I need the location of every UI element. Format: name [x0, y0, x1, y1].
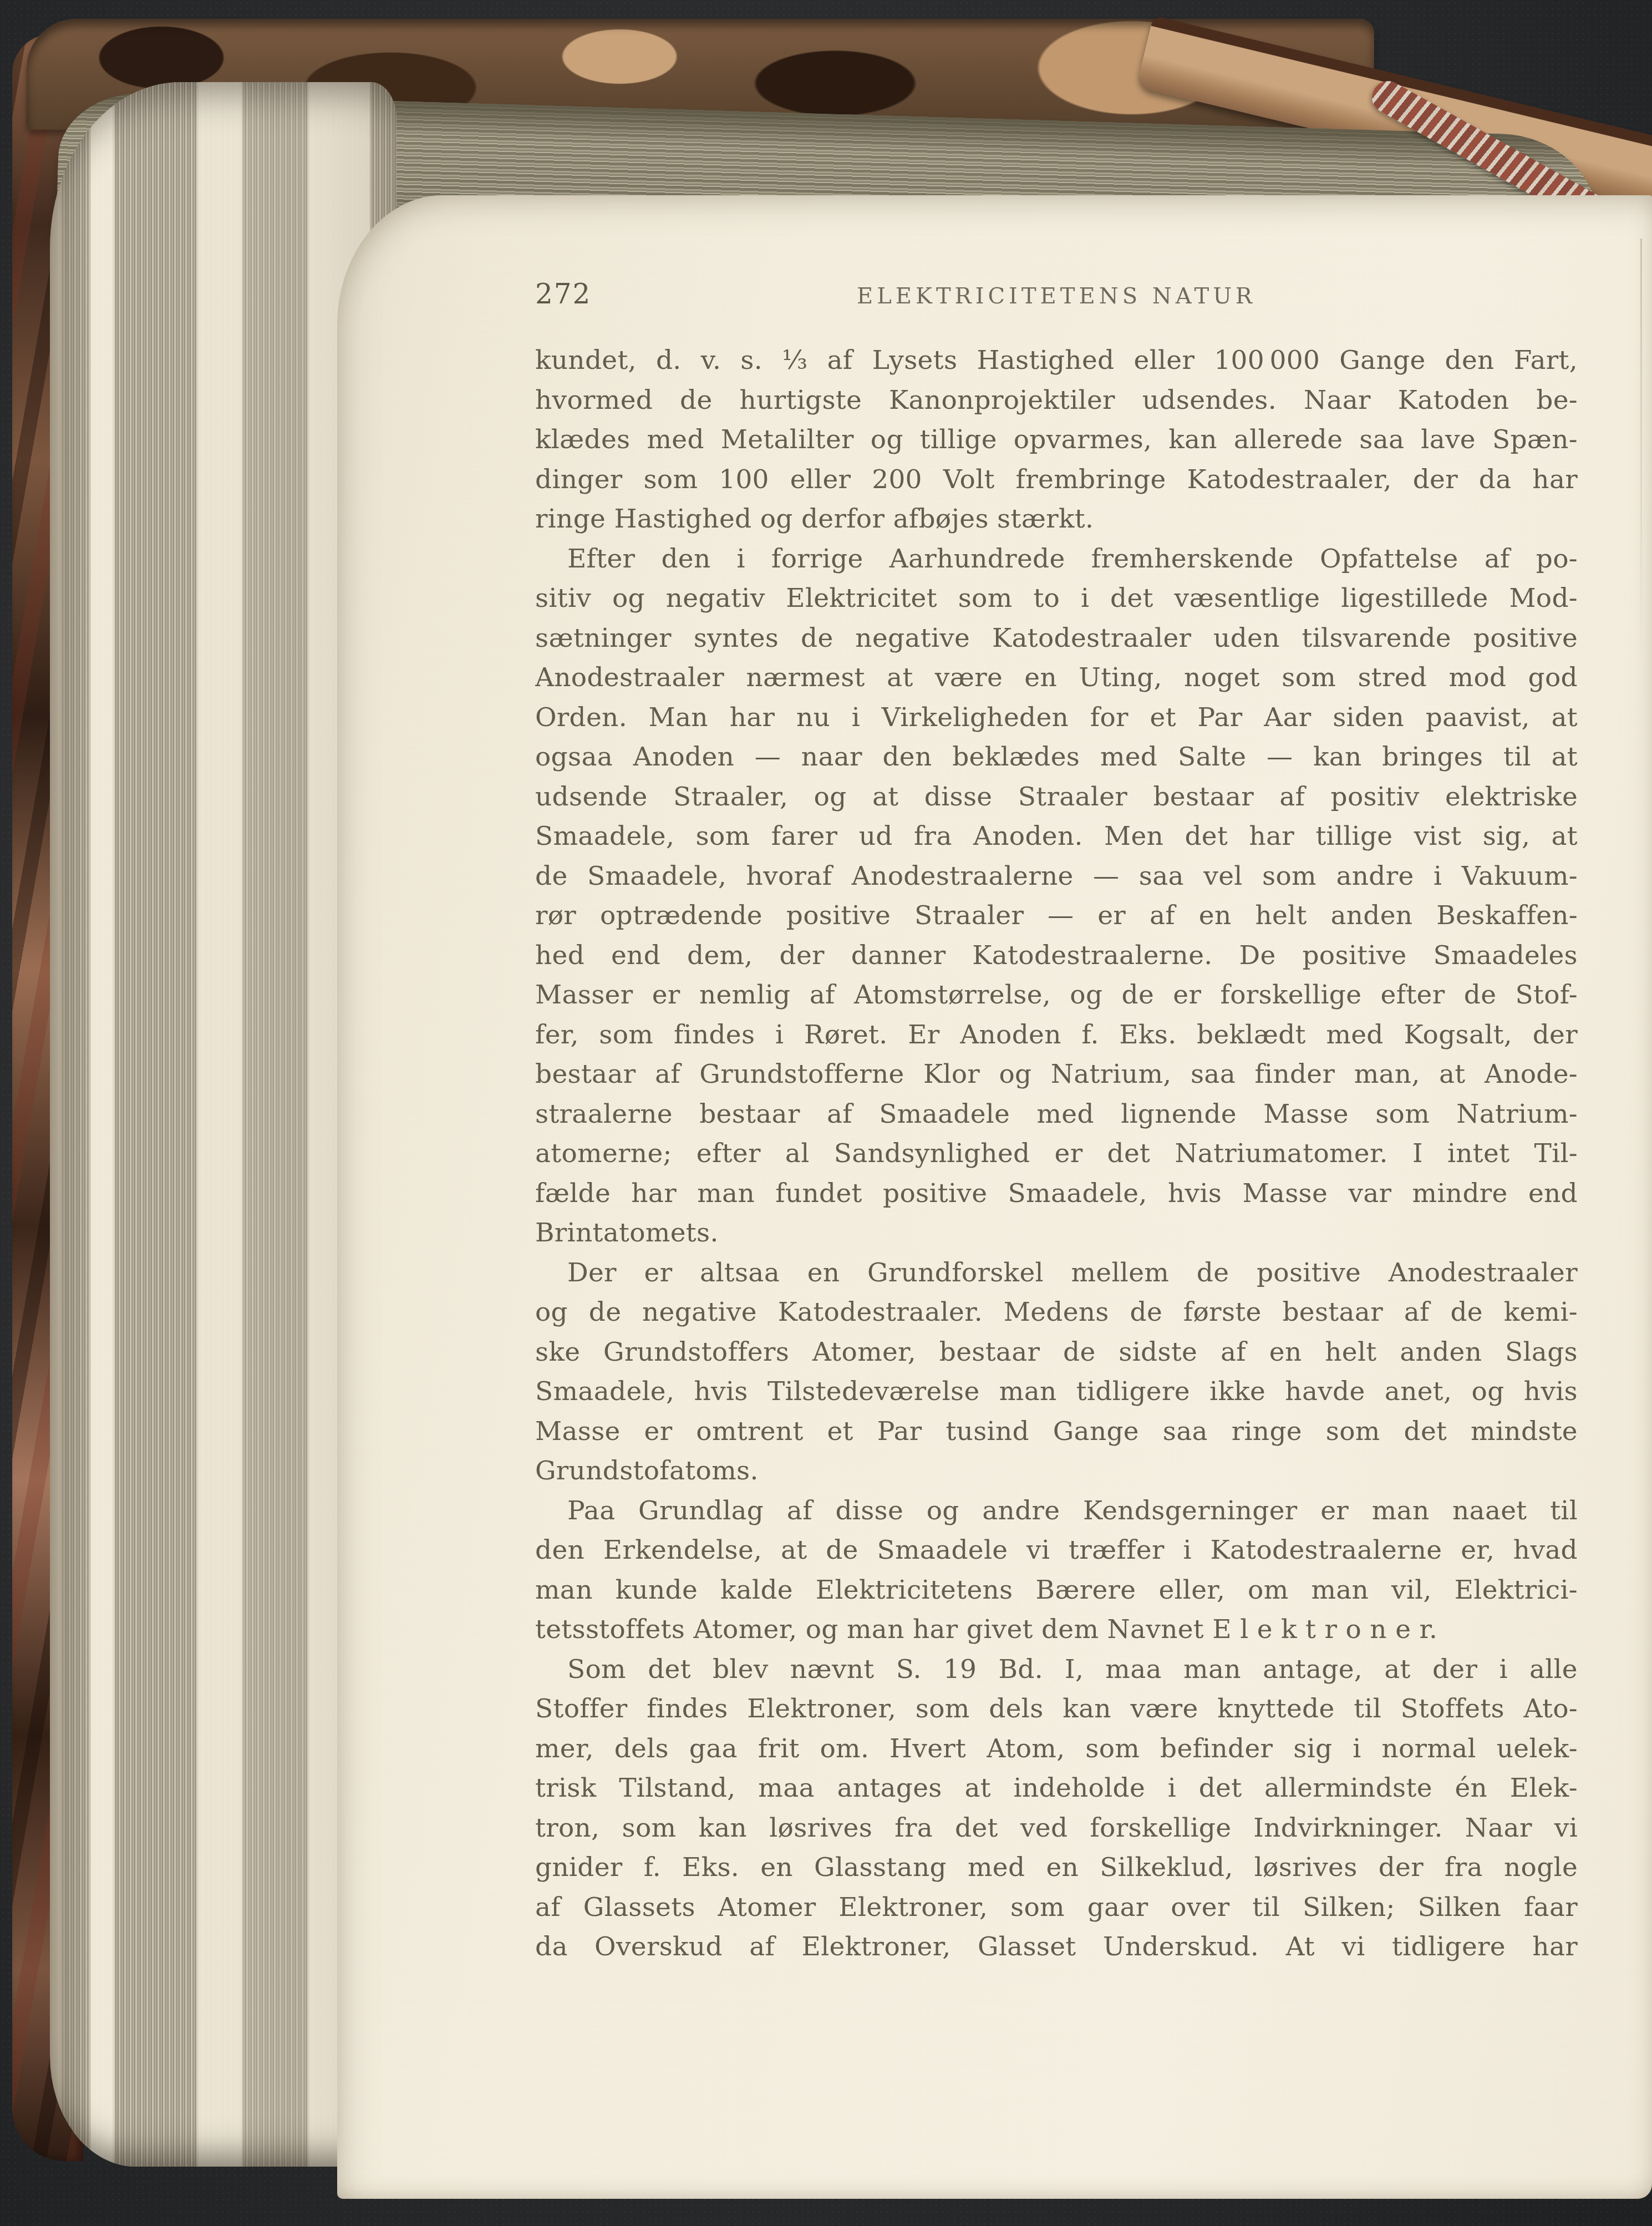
book-photo: 272 ELEKTRICITETENS NATUR kundet, d. v. …	[0, 0, 1652, 2226]
text-line: bestaar af Grundstofferne Klor og Natriu…	[535, 1054, 1578, 1094]
text-line: hvormed de hurtigste Kanonprojektiler ud…	[535, 381, 1578, 420]
text-line: Stoffer findes Elektroner, som dels kan …	[535, 1689, 1578, 1729]
text-line: da Overskud af Elektroner, Glasset Under…	[535, 1927, 1578, 1967]
running-title: ELEKTRICITETENS NATUR	[857, 281, 1256, 312]
text-line: Brintatomets.	[535, 1213, 1578, 1253]
text-line: den Erkendelse, at de Smaadele vi træffe…	[535, 1530, 1578, 1570]
text-line: trisk Tilstand, maa antages at indeholde…	[535, 1768, 1578, 1808]
text-line: Efter den i forrige Aarhundrede fremhers…	[535, 539, 1578, 579]
text-line: og de negative Katodestraaler. Medens de…	[535, 1292, 1578, 1332]
page-number: 272	[535, 278, 591, 310]
text-line: fælde har man fundet positive Smaadele, …	[535, 1174, 1578, 1214]
body-text: kundet, d. v. s. ¹⁄₃ af Lysets Hastighed…	[535, 341, 1578, 1967]
text-line: udsende Straaler, og at disse Straaler b…	[535, 777, 1578, 817]
text-line: Smaadele, hvis Tilstedeværelse man tidli…	[535, 1372, 1578, 1412]
text-line: Paa Grundlag af disse og andre Kendsgern…	[535, 1491, 1578, 1531]
text-line: ogsaa Anoden — naar den beklædes med Sal…	[535, 737, 1578, 777]
text-line: ske Grundstoffers Atomer, bestaar de sid…	[535, 1332, 1578, 1372]
text-line: rør optrædende positive Straaler — er af…	[535, 896, 1578, 936]
text-line: atomerne; efter al Sandsynlighed er det …	[535, 1134, 1578, 1174]
text-line: Grundstofatoms.	[535, 1451, 1578, 1491]
text-line: sætninger syntes de negative Katodestraa…	[535, 618, 1578, 658]
text-line: tron, som kan løsrives fra det ved forsk…	[535, 1808, 1578, 1848]
text-line: af Glassets Atomer Elektroner, som gaar …	[535, 1888, 1578, 1928]
page-right-edge-highlight	[1640, 239, 1642, 671]
text-line: straalerne bestaar af Smaadele med ligne…	[535, 1094, 1578, 1134]
text-line: hed end dem, der danner Katodestraalerne…	[535, 936, 1578, 976]
text-line: dinger som 100 eller 200 Volt frembringe…	[535, 460, 1578, 500]
text-line: fer, som findes i Røret. Er Anoden f. Ek…	[535, 1015, 1578, 1055]
text-line: Masse er omtrent et Par tusind Gange saa…	[535, 1412, 1578, 1452]
text-block: 272 ELEKTRICITETENS NATUR kundet, d. v. …	[535, 0, 1578, 2226]
text-line: kundet, d. v. s. ¹⁄₃ af Lysets Hastighed…	[535, 341, 1578, 381]
text-line: Som det blev nævnt S. 19 Bd. I, maa man …	[535, 1650, 1578, 1690]
text-line: Anodestraaler nærmest at være en Uting, …	[535, 658, 1578, 698]
text-line: de Smaadele, hvoraf Anodestraalerne — sa…	[535, 856, 1578, 896]
text-line: sitiv og negativ Elektricitet som to i d…	[535, 579, 1578, 618]
text-line: Der er altsaa en Grundforskel mellem de …	[535, 1253, 1578, 1293]
text-line: klædes med Metalilter og tillige opvarme…	[535, 420, 1578, 460]
text-line: tetsstoffets Atomer, og man har givet de…	[535, 1610, 1578, 1650]
text-line: mer, dels gaa frit om. Hvert Atom, som b…	[535, 1729, 1578, 1769]
text-line: Masser er nemlig af Atomstørrelse, og de…	[535, 975, 1578, 1015]
text-line: man kunde kalde Elektricitetens Bærere e…	[535, 1570, 1578, 1610]
text-line: ringe Hastighed og derfor afbøjes stærkt…	[535, 499, 1578, 539]
text-line: Smaadele, som farer ud fra Anoden. Men d…	[535, 817, 1578, 856]
text-line: Orden. Man har nu i Virkeligheden for et…	[535, 698, 1578, 738]
page-header: 272 ELEKTRICITETENS NATUR	[535, 278, 1578, 312]
text-line: gnider f. Eks. en Glasstang med en Silke…	[535, 1848, 1578, 1888]
